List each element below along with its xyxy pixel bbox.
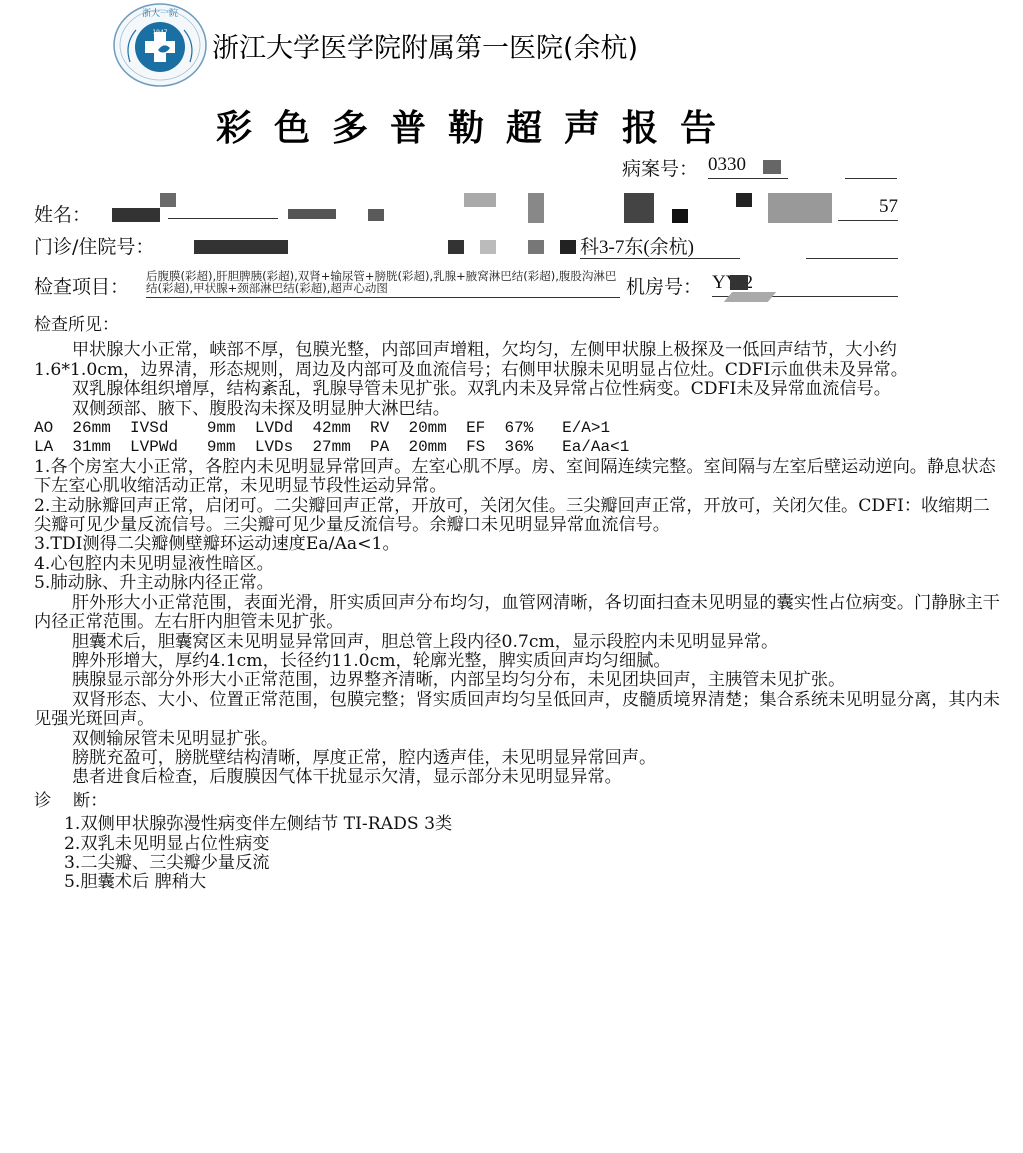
echo-measurement-row-1: AO 26mm IVSd 9mm LVDd 42mm RV 20mm EF 67… (34, 419, 1000, 438)
exam-items-value: 后腹膜(彩超),肝胆脾胰(彩超),双肾+输尿管+膀胱(彩超),乳腺+腋窝淋巴结(… (146, 270, 620, 298)
name-label: 姓名： (34, 200, 91, 227)
finding-breast: 双乳腺体组织增厚，结构紊乱，乳腺导管未见扩张。双乳内未及异常占位性病变。CDFI… (34, 380, 1000, 399)
room-label: 机房号： (626, 272, 702, 299)
redaction-block (560, 240, 576, 254)
redaction-block (112, 208, 160, 222)
redaction-block (624, 193, 654, 223)
redaction-block (736, 193, 752, 207)
department-right-underline (806, 258, 898, 259)
redaction-block (768, 193, 832, 223)
hospital-name: 浙江大学医学院附属第一医院(余杭) (212, 26, 638, 65)
finding-retroperitoneum: 患者进食后检查，后腹膜因气体干扰显示欠清，显示部分未见明显异常。 (34, 768, 1000, 787)
case-number-underline (845, 178, 897, 179)
redaction-block (672, 209, 688, 223)
report-body: 检查所见： 甲状腺大小正常，峡部不厚，包膜光整，内部回声增粗，欠均匀，左侧甲状腺… (34, 316, 1000, 893)
redaction-block (480, 240, 496, 254)
finding-spleen: 脾外形增大，厚约4.1cm，长径约11.0cm，轮廓光整，脾实质回声均匀细腻。 (34, 652, 1000, 671)
finding-gallbladder: 胆囊术后，胆囊窝区未见明显异常回声，胆总管上段内径0.7cm，显示段腔内未见明显… (34, 633, 1000, 652)
redaction-block (730, 275, 748, 290)
redaction-block (288, 209, 336, 219)
finding-lymph: 双侧颈部、腋下、腹股沟未探及明显肿大淋巴结。 (34, 400, 1000, 419)
redaction-block (528, 240, 544, 254)
report-title: 彩色多普勒超声报告 (216, 100, 738, 151)
diagnosis-item: 5.胆囊术后 脾稍大 (64, 873, 1000, 892)
name-underline (168, 218, 278, 219)
outpatient-label: 门诊/住院号： (34, 232, 154, 259)
echo-item-1: 1.各个房室大小正常，各腔内未见明显异常回声。左室心肌不厚。房、室间隔连续完整。… (34, 458, 1000, 497)
redaction-block (194, 240, 288, 254)
finding-kidneys: 双肾形态、大小、位置正常范围，包膜完整；肾实质回声均匀呈低回声，皮髓质境界清楚；… (34, 691, 1000, 730)
redaction-block (528, 193, 544, 223)
redaction-block (763, 160, 781, 174)
redaction-block (448, 240, 464, 254)
finding-bladder: 膀胱充盈可，膀胱壁结构清晰，厚度正常，腔内透声佳，未见明显异常回声。 (34, 749, 1000, 768)
finding-liver: 肝外形大小正常范围，表面光滑，肝实质回声分布均匀，血管网清晰，各切面扫查未见明显… (34, 594, 1000, 633)
case-number-label: 病案号： (622, 154, 698, 181)
redaction-block (160, 193, 176, 207)
diagnosis-item: 2.双乳未见明显占位性病变 (64, 835, 1000, 854)
redaction-block (368, 209, 384, 221)
name-right-value: 57 (838, 196, 898, 221)
exam-items-label: 检查项目： (34, 272, 129, 299)
diagnosis-title: 诊 断： (34, 792, 1000, 811)
diagnosis-item: 1.双侧甲状腺弥漫性病变伴左侧结节 TI-RADS 3类 (64, 815, 1000, 834)
diagnosis-item: 3.二尖瓣、三尖瓣少量反流 (64, 854, 1000, 873)
echo-item-4: 4.心包腔内未见明显液性暗区。 (34, 555, 1000, 574)
echo-item-3: 3.TDI测得二尖瓣侧壁瓣环运动速度Ea/Aa<1。 (34, 535, 1000, 554)
echo-item-2: 2.主动脉瓣回声正常，启闭可。二尖瓣回声正常，开放可，关闭欠佳。三尖瓣回声正常，… (34, 497, 1000, 536)
finding-ureters: 双侧输尿管未见明显扩张。 (34, 730, 1000, 749)
redaction-block (724, 292, 776, 302)
echo-measurement-row-2: LA 31mm LVPWd 9mm LVDs 27mm PA 20mm FS 3… (34, 438, 1000, 457)
echo-item-5: 5.肺动脉、升主动脉内径正常。 (34, 574, 1000, 593)
exam-items-line-2: 结(彩超),甲状腺+颈部淋巴结(彩超),超声心动图 (146, 282, 620, 294)
redaction-block (464, 193, 496, 207)
finding-pancreas: 胰腺显示部分外形大小正常范围，边界整齐清晰，内部呈均匀分布，未见团块回声，主胰管… (34, 671, 1000, 690)
svg-text:1947: 1947 (152, 29, 167, 36)
hospital-logo-icon: 1947 浙大一院 (112, 2, 208, 88)
diagnosis-list: 1.双侧甲状腺弥漫性病变伴左侧结节 TI-RADS 3类 2.双乳未见明显占位性… (34, 815, 1000, 893)
findings-title: 检查所见： (34, 316, 1000, 335)
finding-thyroid: 甲状腺大小正常，峡部不厚，包膜光整，内部回声增粗，欠均匀，左侧甲状腺上极探及一低… (34, 341, 1000, 380)
svg-text:浙大一院: 浙大一院 (142, 7, 178, 19)
department-value: 科3-7东(余杭) (580, 232, 740, 259)
hospital-logo: 1947 浙大一院 (112, 2, 208, 88)
